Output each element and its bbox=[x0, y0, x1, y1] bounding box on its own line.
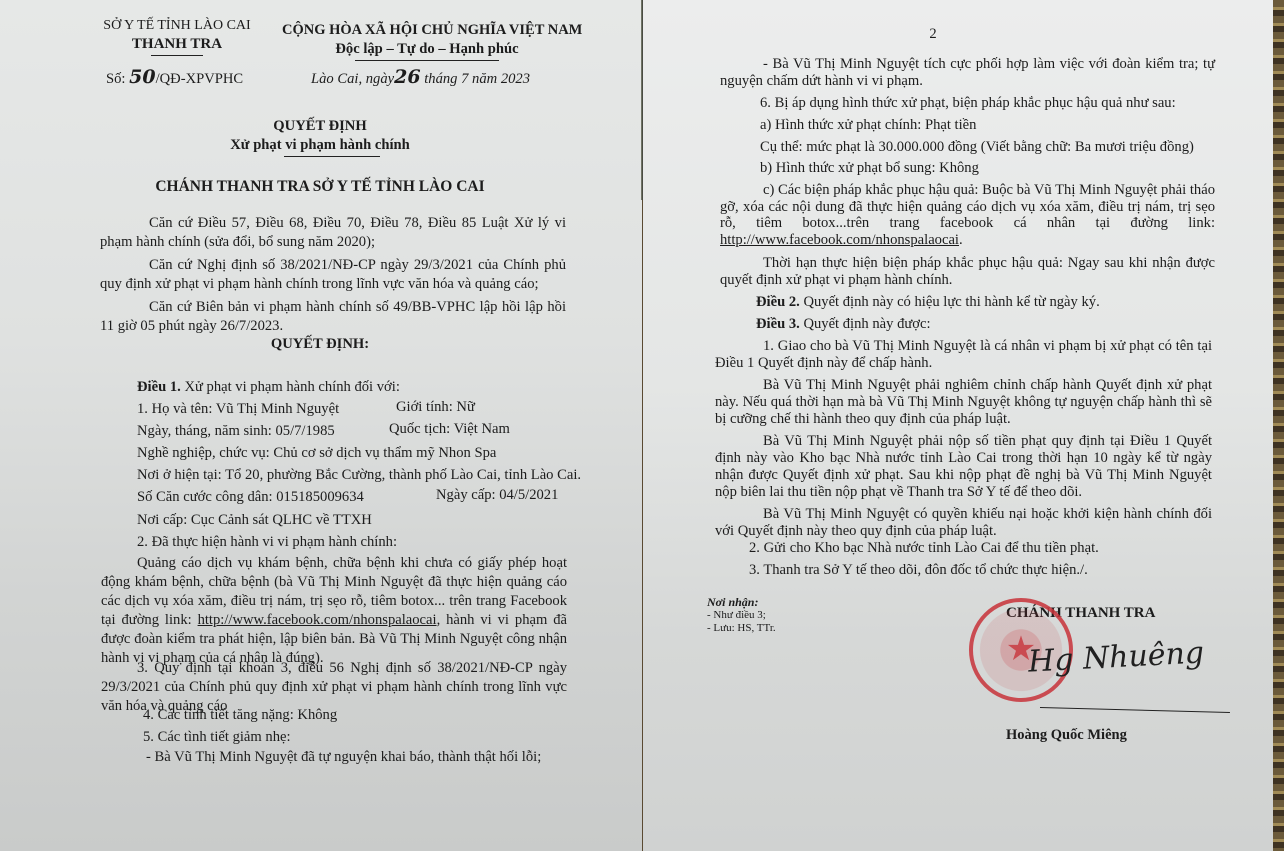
article-2-label: Điều 2. bbox=[756, 294, 800, 310]
violator-occupation: Nghề nghiệp, chức vụ: Chủ cơ sở dịch vụ … bbox=[137, 444, 496, 463]
agency-name: SỞ Y TẾ TỈNH LÀO CAI bbox=[92, 16, 262, 35]
violator-nationality: Quốc tịch: Việt Nam bbox=[389, 420, 510, 439]
nation-title: CỘNG HÒA XÃ HỘI CHỦ NGHĨA VIỆT NAM bbox=[282, 21, 572, 40]
recipient-1: - Như điều 3; bbox=[707, 609, 776, 622]
legal-bases: Căn cứ Điều 57, Điều 68, Điều 70, Điều 7… bbox=[100, 214, 566, 336]
article-3-enforcement: Bà Vũ Thị Minh Nguyệt phải nghiêm chỉnh … bbox=[715, 377, 1212, 428]
facebook-link[interactable]: http://www.facebook.com/nhonspalaocai bbox=[198, 612, 437, 628]
aggravating-circumstances: 4. Các tình tiết tăng nặng: Không bbox=[143, 706, 337, 725]
violation-description: Quảng cáo dịch vụ khám bệnh, chữa bệnh k… bbox=[101, 554, 567, 668]
additional-penalty: b) Hình thức xử phạt bổ sung: Không bbox=[760, 159, 979, 178]
document-page-1: SỞ Y TẾ TỈNH LÀO CAI THANH TRA Số: 50/QĐ… bbox=[0, 0, 642, 851]
date-suffix: tháng 7 năm 2023 bbox=[424, 71, 530, 87]
article-3-label: Điều 3. bbox=[756, 316, 800, 332]
article-3-text: Quyết định này được: bbox=[803, 316, 930, 332]
recipient-2: - Lưu: HS, TTr. bbox=[707, 622, 776, 635]
remedial-measures: c) Các biện pháp khắc phục hậu quả: Buộc… bbox=[720, 182, 1215, 248]
article-3-heading: Điều 3. Quyết định này được: bbox=[756, 315, 931, 334]
header-nation-block: CỘNG HÒA XÃ HỘI CHỦ NGHĨA VIỆT NAM Độc l… bbox=[282, 21, 572, 61]
facebook-link-remedial[interactable]: http://www.facebook.com/nhonspalaocai bbox=[720, 232, 959, 248]
article-3-item-2: 2. Gửi cho Kho bạc Nhà nước tỉnh Lào Cai… bbox=[749, 539, 1099, 558]
signer-name: Hoàng Quốc Miêng bbox=[1006, 726, 1127, 745]
article-3-item-1: 1. Giao cho bà Vũ Thị Minh Nguyệt là cá … bbox=[715, 338, 1212, 372]
article-2-text: Quyết định này có hiệu lực thi hành kể t… bbox=[803, 294, 1099, 310]
decision-number: Số: 50/QĐ-XPVPHC bbox=[106, 68, 243, 89]
article-3-payment: Bà Vũ Thị Minh Nguyệt phải nộp số tiền p… bbox=[715, 433, 1212, 501]
article-1-label: Điều 1. bbox=[137, 379, 181, 395]
remedial-deadline-text: Thời hạn thực hiện biện pháp khắc phục h… bbox=[720, 255, 1215, 289]
remedial-end: . bbox=[959, 232, 963, 248]
mitigating-item-2-text: - Bà Vũ Thị Minh Nguyệt tích cực phối hợ… bbox=[720, 56, 1215, 90]
penalty-heading: 6. Bị áp dụng hình thức xử phạt, biện ph… bbox=[760, 94, 1176, 113]
article-3-body: 1. Giao cho bà Vũ Thị Minh Nguyệt là cá … bbox=[715, 338, 1212, 540]
recipients-block: Nơi nhận: - Như điều 3; - Lưu: HS, TTr. bbox=[707, 595, 776, 635]
issue-date: Lào Cai, ngày26 tháng 7 năm 2023 bbox=[311, 68, 530, 89]
remedial-deadline: Thời hạn thực hiện biện pháp khắc phục h… bbox=[720, 255, 1215, 289]
article-1-heading: Điều 1. Xử phạt vi phạm hành chính đối v… bbox=[137, 378, 400, 397]
number-suffix: /QĐ-XPVPHC bbox=[156, 71, 244, 87]
date-prefix: Lào Cai, ngày bbox=[311, 71, 394, 87]
document-title: QUYẾT ĐỊNH bbox=[200, 117, 440, 136]
violator-name: 1. Họ và tên: Vũ Thị Minh Nguyệt bbox=[137, 400, 339, 419]
legal-basis-1: Căn cứ Điều 57, Điều 68, Điều 70, Điều 7… bbox=[100, 214, 566, 252]
unit-name: THANH TRA bbox=[92, 35, 262, 54]
number-prefix: Số: bbox=[106, 71, 125, 87]
violator-gender: Giới tính: Nữ bbox=[396, 398, 475, 417]
remedial-text: c) Các biện pháp khắc phục hậu quả: Buộc… bbox=[720, 182, 1215, 231]
legal-basis-2: Căn cứ Nghị định số 38/2021/NĐ-CP ngày 2… bbox=[100, 256, 566, 294]
number-handwritten: 50 bbox=[129, 66, 155, 88]
violator-dob: Ngày, tháng, năm sinh: 05/7/1985 bbox=[137, 422, 335, 441]
decision-heading: QUYẾT ĐỊNH: bbox=[200, 335, 440, 354]
mitigating-item-2: - Bà Vũ Thị Minh Nguyệt tích cực phối hợ… bbox=[720, 56, 1215, 90]
violator-id-issue-date: Ngày cấp: 04/5/2021 bbox=[436, 486, 558, 505]
fine-amount: Cụ thể: mức phạt là 30.000.000 đồng (Viế… bbox=[760, 138, 1194, 157]
header-agency-block: SỞ Y TẾ TỈNH LÀO CAI THANH TRA bbox=[92, 16, 262, 56]
table-surface-edge bbox=[1273, 0, 1284, 851]
mitigating-heading: 5. Các tình tiết giảm nhẹ: bbox=[143, 728, 291, 747]
document-subtitle: Xử phạt vi phạm hành chính bbox=[200, 136, 440, 157]
recipients-label: Nơi nhận: bbox=[707, 595, 776, 609]
violator-id-issuer: Nơi cấp: Cục Cảnh sát QLHC về TTXH bbox=[137, 511, 372, 530]
nation-motto: Độc lập – Tự do – Hạnh phúc bbox=[282, 40, 572, 59]
motto-underline bbox=[355, 60, 499, 61]
date-day-handwritten: 26 bbox=[394, 66, 420, 88]
main-penalty: a) Hình thức xử phạt chính: Phạt tiền bbox=[760, 116, 976, 135]
subtitle-text: Xử phạt vi phạm hành chính bbox=[230, 137, 410, 153]
article-3-appeal: Bà Vũ Thị Minh Nguyệt có quyền khiếu nại… bbox=[715, 506, 1212, 540]
legal-basis-3: Căn cứ Biên bản vi phạm hành chính số 49… bbox=[100, 298, 566, 336]
article-2: Điều 2. Quyết định này có hiệu lực thi h… bbox=[756, 293, 1100, 312]
violator-residence: Nơi ở hiện tại: Tổ 20, phường Bắc Cường,… bbox=[137, 466, 581, 485]
document-page-2: 2 - Bà Vũ Thị Minh Nguyệt tích cực phối … bbox=[643, 0, 1273, 851]
violator-id-number: Số Căn cước công dân: 015185009634 bbox=[137, 488, 364, 507]
subtitle-underline bbox=[284, 156, 380, 157]
article-3-item-3: 3. Thanh tra Sở Y tế theo dõi, đôn đốc t… bbox=[749, 561, 1088, 580]
violation-heading: 2. Đã thực hiện hành vi vi phạm hành chí… bbox=[137, 533, 397, 552]
mitigating-item-1: - Bà Vũ Thị Minh Nguyệt đã tự nguyện kha… bbox=[146, 748, 541, 767]
page-number: 2 bbox=[913, 25, 953, 44]
issuing-authority: CHÁNH THANH TRA SỞ Y TẾ TỈNH LÀO CAI bbox=[150, 177, 490, 196]
unit-underline bbox=[151, 55, 203, 56]
article-1-text: Xử phạt vi phạm hành chính đối với: bbox=[184, 379, 399, 395]
